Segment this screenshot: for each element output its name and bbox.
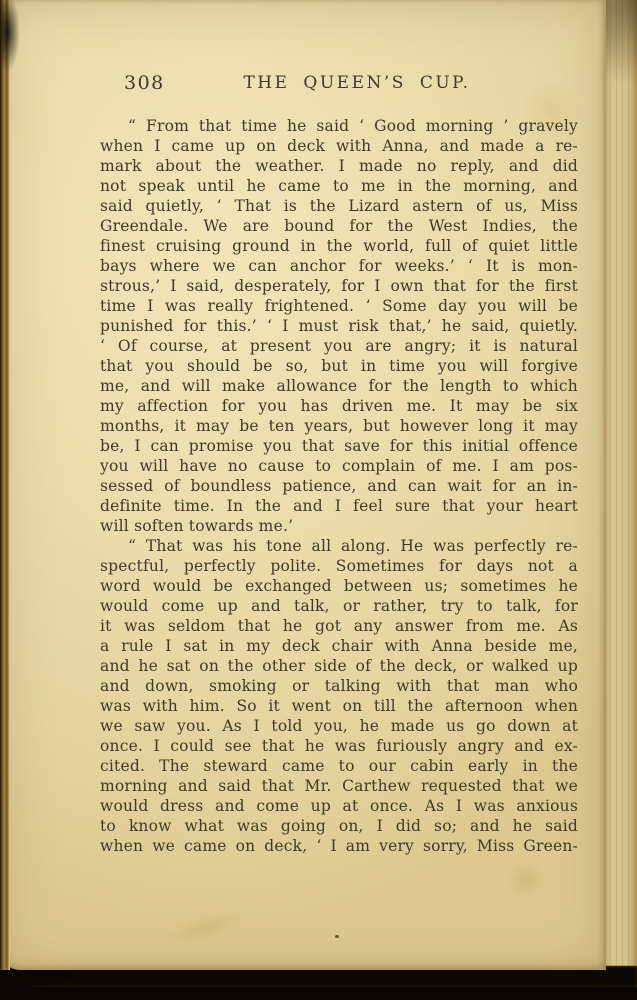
background-void: [0, 987, 637, 1000]
text-line: punished for this.’ ‘ I must risk that,’…: [100, 316, 578, 336]
text-line: word would be exchanged between us; some…: [100, 576, 578, 596]
text-line: said quietly, ‘ That is the Lizard aster…: [100, 196, 578, 216]
book-page: 308 THE QUEEN’S CUP. “ From that time he…: [0, 0, 606, 970]
text-line: and down, smoking or talking with that m…: [100, 676, 578, 696]
page-header: 308 THE QUEEN’S CUP.: [100, 72, 578, 98]
text-line: when we came on deck, ‘ I am very sorry,…: [100, 836, 578, 856]
text-line: Greendale. We are bound for the West Ind…: [100, 216, 578, 236]
text-block: “ From that time he said ‘ Good morning …: [100, 116, 578, 856]
paper-speck: [335, 935, 339, 938]
text-line: be, I can promise you that save for this…: [100, 436, 578, 456]
text-line: spectful, perfectly polite. Sometimes fo…: [100, 556, 578, 576]
text-line: it was seldom that he got any answer fro…: [100, 616, 578, 636]
binding-edge: [0, 0, 10, 970]
paper-stain: [158, 902, 252, 955]
text-line: “ That was his tone all along. He was pe…: [100, 536, 578, 556]
book-scan: 308 THE QUEEN’S CUP. “ From that time he…: [0, 0, 637, 1000]
text-line: we saw you. As I told you, he made us go…: [100, 716, 578, 736]
text-line: you will have no cause to complain of me…: [100, 456, 578, 476]
text-line: ‘ Of course, at present you are angry; i…: [100, 336, 578, 356]
running-title: THE QUEEN’S CUP.: [118, 73, 596, 93]
text-line: would dress and come up at once. As I wa…: [100, 796, 578, 816]
text-line: would come up and talk, or rather, try t…: [100, 596, 578, 616]
binding-shadow: [0, 0, 20, 72]
text-line: months, it may be ten years, but however…: [100, 416, 578, 436]
corner-shadow: [604, 0, 637, 966]
text-line: me, and will make allowance for the leng…: [100, 376, 578, 396]
text-line: was with him. So it went on till the aft…: [100, 696, 578, 716]
text-line: to know what was going on, I did so; and…: [100, 816, 578, 836]
text-line: when I came up on deck with Anna, and ma…: [100, 136, 578, 156]
text-line: definite time. In the and I feel sure th…: [100, 496, 578, 516]
page-edges-right: [604, 0, 637, 966]
text-line: strous,’ I said, desperately, for I own …: [100, 276, 578, 296]
text-line: finest cruising ground in the world, ful…: [100, 236, 578, 256]
text-line: time I was really frightened. ‘ Some day…: [100, 296, 578, 316]
text-line: not speak until he came to me in the mor…: [100, 176, 578, 196]
text-line: morning and said that Mr. Carthew reques…: [100, 776, 578, 796]
text-line: that you should be so, but in time you w…: [100, 356, 578, 376]
text-line: bays where we can anchor for weeks.’ ‘ I…: [100, 256, 578, 276]
text-line: once. I could see that he was furiously …: [100, 736, 578, 756]
text-line: and he sat on the other side of the deck…: [100, 656, 578, 676]
text-line: my affection for you has driven me. It m…: [100, 396, 578, 416]
text-line: cited. The steward came to our cabin ear…: [100, 756, 578, 776]
paragraph: “ From that time he said ‘ Good morning …: [100, 116, 578, 536]
text-line: mark about the weather. I made no reply,…: [100, 156, 578, 176]
paragraph: “ That was his tone all along. He was pe…: [100, 536, 578, 856]
text-line: a rule I sat in my deck chair with Anna …: [100, 636, 578, 656]
text-line: “ From that time he said ‘ Good morning …: [100, 116, 578, 136]
text-line: sessed of boundless patience, and can wa…: [100, 476, 578, 496]
